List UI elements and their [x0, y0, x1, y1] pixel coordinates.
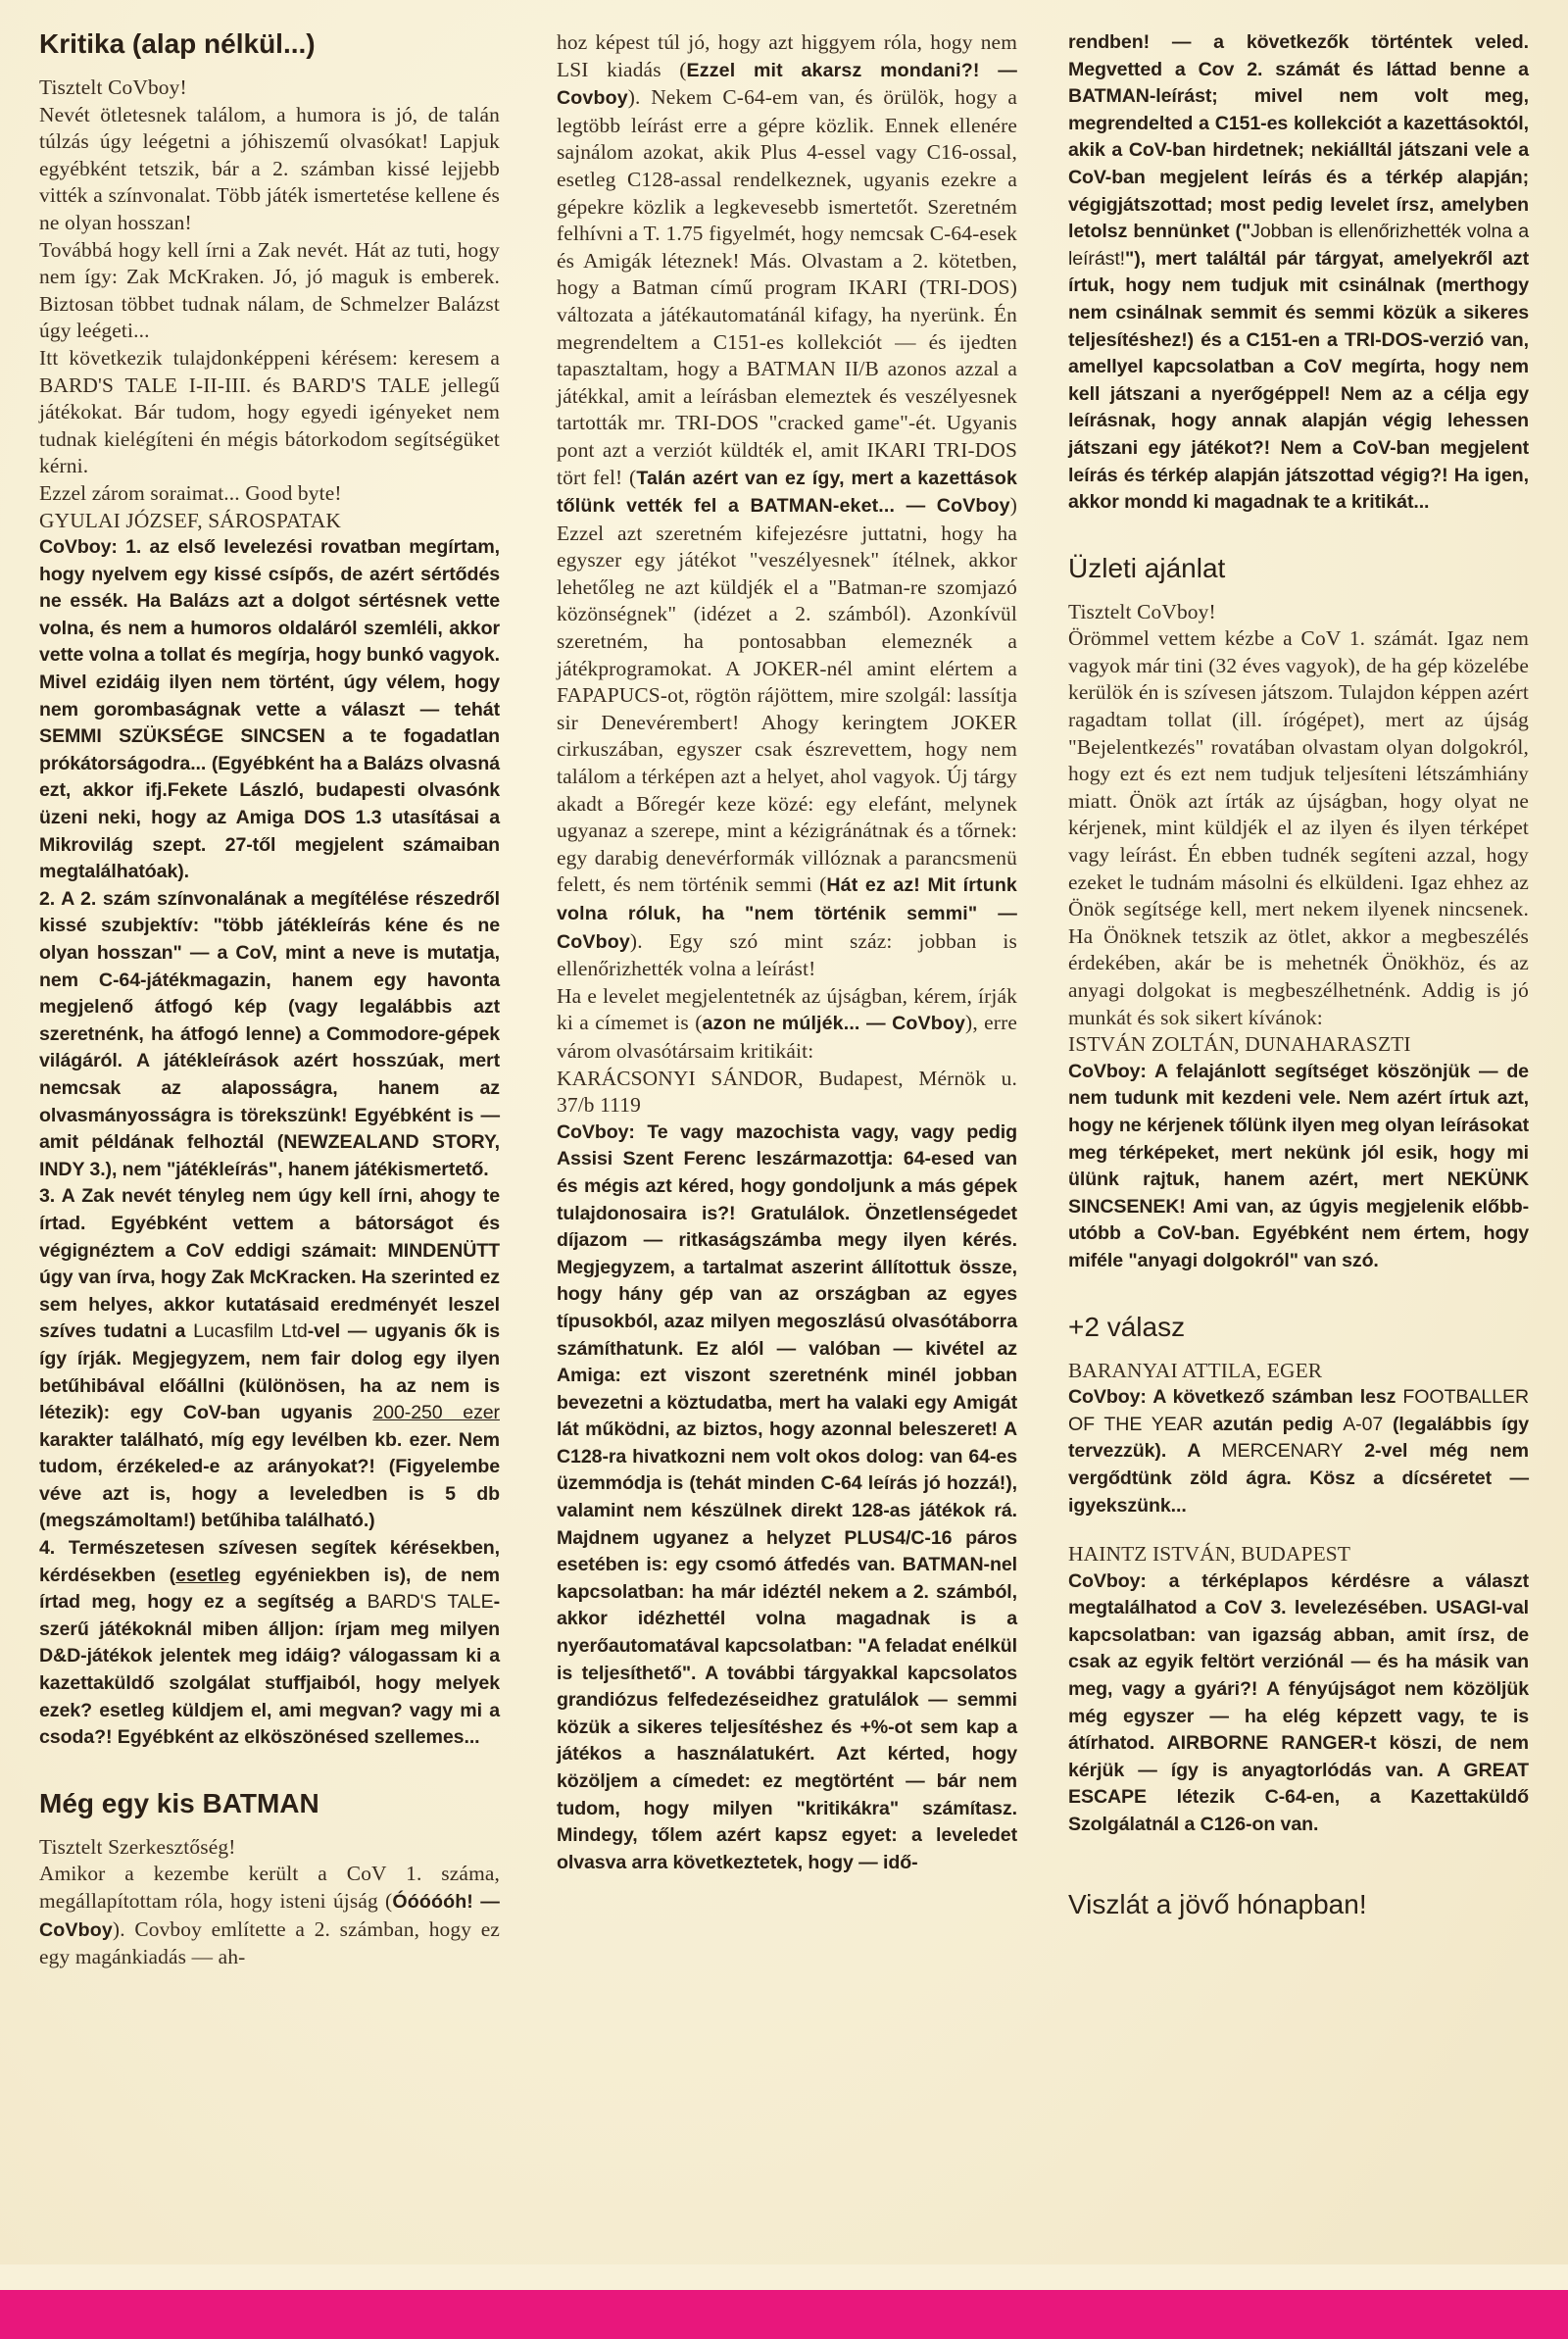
- reply-text: 3. A Zak nevét tényleg nem úgy kell írni…: [39, 1185, 500, 1342]
- magenta-footer-bar: [0, 2290, 1568, 2339]
- section-heading-uzleti-ajanlat: Üzleti ajánlat: [1068, 552, 1529, 585]
- letter-closing: Ezzel zárom soraimat... Good byte!: [39, 480, 500, 508]
- letter-salutation: Tisztelt CoVboy!: [39, 75, 500, 102]
- game-title: MERCENARY: [1221, 1440, 1343, 1462]
- section-heading-kritika: Kritika (alap nélkül...): [39, 27, 500, 61]
- letter-paragraph: Továbbá hogy kell írni a Zak nevét. Hát …: [39, 237, 500, 345]
- letter-paragraph: Örömmel vettem kézbe a CoV 1. számát. Ig…: [1068, 625, 1529, 1031]
- letter-signature: BARANYAI ATTILA, EGER: [1068, 1358, 1529, 1385]
- reply-text: BARD'S TALE: [367, 1591, 494, 1613]
- column-2: hoz képest túl jó, hogy azt higgyem róla…: [557, 29, 1017, 1876]
- editor-reply: CoVboy: a térképlapos kérdésre a választ…: [1068, 1568, 1529, 1839]
- letter-signature: KARÁCSONYI SÁNDOR, Budapest, Mérnök u. 3…: [557, 1066, 1017, 1120]
- reply-text: -szerű játékoknál miben álljon: írjam me…: [39, 1591, 500, 1748]
- reply-text: rendben! — a következők történtek veled.…: [1068, 31, 1529, 242]
- letter-paragraph: hoz képest túl jó, hogy azt higgyem róla…: [557, 29, 1017, 983]
- letter-paragraph: Amikor a kezembe került a CoV 1. száma, …: [39, 1861, 500, 1970]
- letter-salutation: Tisztelt Szerkesztőség!: [39, 1834, 500, 1862]
- column-3: rendben! — a következők történtek veled.…: [1068, 29, 1529, 1935]
- reply-text: "), mert találtál pár tárgyat, amelyekrő…: [1068, 248, 1529, 513]
- reply-text: Lucasfilm Ltd: [193, 1320, 308, 1342]
- underlined-text: 200-250 ezer: [372, 1402, 500, 1423]
- letter-text: ). Nekem C-64-em van, és örülök, hogy a …: [557, 85, 1017, 488]
- editor-reply: CoVboy: 1. az első levelezési rovatban m…: [39, 534, 500, 886]
- editor-reply: 4. Természetesen szívesen segítek kérése…: [39, 1535, 500, 1752]
- game-title: A-07: [1343, 1414, 1383, 1435]
- editor-reply: 3. A Zak nevét tényleg nem úgy kell írni…: [39, 1183, 500, 1535]
- section-heading-plus-2-valasz: +2 válasz: [1068, 1311, 1529, 1344]
- letter-signature: GYULAI JÓZSEF, SÁROSPATAK: [39, 508, 500, 535]
- editor-reply: CoVboy: A következő számban lesz FOOTBAL…: [1068, 1384, 1529, 1519]
- editor-reply: CoVboy: Te vagy mazochista vagy, vagy pe…: [557, 1120, 1017, 1877]
- reply-text: karakter található, míg egy levélben kb.…: [39, 1429, 500, 1532]
- letter-signature: HAINTZ ISTVÁN, BUDAPEST: [1068, 1541, 1529, 1568]
- letter-signature: ISTVÁN ZOLTÁN, DUNAHARASZTI: [1068, 1031, 1529, 1059]
- underlined-text: esetleg: [175, 1565, 241, 1586]
- editor-reply: 2. A 2. szám színvonalának a megítélése …: [39, 886, 500, 1184]
- spacer: [1068, 1519, 1529, 1541]
- letter-salutation: Tisztelt CoVboy!: [1068, 599, 1529, 626]
- letter-paragraph: Ha e levelet megjelentetnék az újságban,…: [557, 983, 1017, 1066]
- reply-text: CoVboy: A következő számban lesz: [1068, 1386, 1402, 1408]
- letter-paragraph: Itt következik tulajdonképpeni kérésem: …: [39, 345, 500, 480]
- column-1: Kritika (alap nélkül...) Tisztelt CoVboy…: [39, 27, 500, 1971]
- editor-interjection: azon ne múljék... — CoVboy: [702, 1013, 965, 1034]
- letter-paragraph: Nevét ötletesnek találom, a humora is jó…: [39, 102, 500, 237]
- editor-reply: CoVboy: A felajánlott segítséget köszönj…: [1068, 1059, 1529, 1275]
- closing-heading: Viszlát a jövő hónapban!: [1068, 1888, 1529, 1921]
- section-heading-batman: Még egy kis BATMAN: [39, 1787, 500, 1820]
- reply-text: azután pedig: [1203, 1414, 1344, 1435]
- editor-reply: rendben! — a következők történtek veled.…: [1068, 29, 1529, 517]
- magazine-page: Kritika (alap nélkül...) Tisztelt CoVboy…: [0, 0, 1568, 2264]
- letter-text: ) Ezzel azt szeretném kifejezésre juttat…: [557, 493, 1017, 896]
